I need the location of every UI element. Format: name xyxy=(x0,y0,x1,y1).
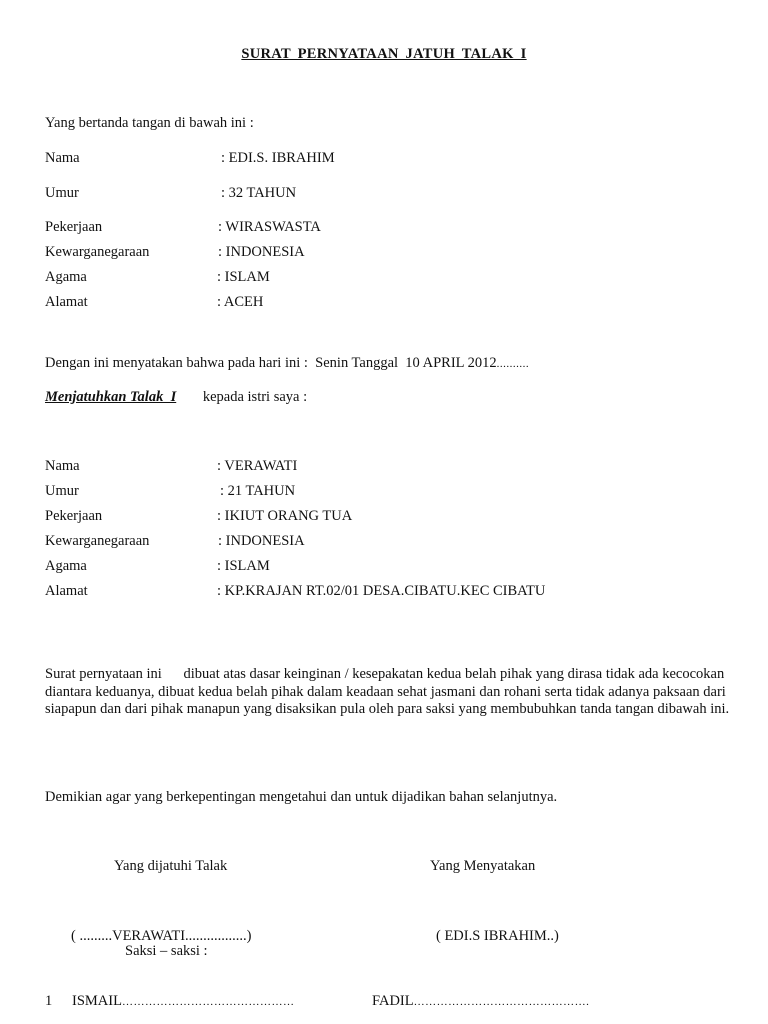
wife-religion-value: : ISLAM xyxy=(217,559,270,574)
signature-left-value: VERAWATI xyxy=(112,928,185,944)
declarant-religion-label: Agama xyxy=(45,270,87,285)
wife-age-value: : 21 TAHUN xyxy=(220,484,295,499)
witness-second-name: FADIL xyxy=(372,993,414,1009)
witness-first: ISMAIL……………………………………… xyxy=(72,994,294,1009)
witness-number: 1 xyxy=(45,994,52,1009)
signature-left-open: ( ......... xyxy=(71,928,112,944)
declarant-citizenship-label: Kewarganegaraan xyxy=(45,245,149,260)
signature-left-close: .................) xyxy=(185,928,251,944)
witness-second-dots: ………………………………………. xyxy=(414,996,590,1008)
talak-rest: kepada istri saya : xyxy=(203,389,307,405)
wife-age-label: Umur xyxy=(45,484,79,499)
signature-right-name: ( EDI.S IBRAHIM..) xyxy=(436,929,559,944)
declarant-job-label: Pekerjaan xyxy=(45,220,102,235)
declarant-address-label: Alamat xyxy=(45,295,88,310)
witness-second: FADIL………………………………………. xyxy=(372,994,589,1009)
declarant-address-value: : ACEH xyxy=(217,295,263,310)
witness-first-dots: ……………………………………… xyxy=(122,996,295,1008)
talak-emphasis: Menjatuhkan Talak I xyxy=(45,389,176,405)
statement-dots: .......... xyxy=(497,358,530,370)
declarant-name-label: Nama xyxy=(45,151,80,166)
wife-job-label: Pekerjaan xyxy=(45,509,102,524)
intro-text: Yang bertanda tangan di bawah ini : xyxy=(45,116,254,131)
wife-address-value: : KP.KRAJAN RT.02/01 DESA.CIBATU.KEC CIB… xyxy=(217,584,545,599)
declarant-job-value: : WIRASWASTA xyxy=(218,220,321,235)
wife-citizenship-label: Kewarganegaraan xyxy=(45,534,149,549)
signature-left-name: ( .........VERAWATI.................) xyxy=(71,929,252,944)
wife-religion-label: Agama xyxy=(45,559,87,574)
closing-text: Demikian agar yang berkepentingan menget… xyxy=(45,790,557,805)
witnesses-heading: Saksi – saksi : xyxy=(125,944,208,959)
wife-citizenship-value: : INDONESIA xyxy=(218,534,305,549)
statement-line: Dengan ini menyatakan bahwa pada hari in… xyxy=(45,356,529,371)
statement-text: Dengan ini menyatakan bahwa pada hari in… xyxy=(45,355,497,371)
wife-name-value: : VERAWATI xyxy=(217,459,297,474)
statement-paragraph: Surat pernyataan ini dibuat atas dasar k… xyxy=(45,666,735,719)
signature-right-heading: Yang Menyatakan xyxy=(430,859,535,874)
signature-left-heading: Yang dijatuhi Talak xyxy=(114,859,227,874)
wife-address-label: Alamat xyxy=(45,584,88,599)
talak-line: Menjatuhkan Talak I kepada istri saya : xyxy=(45,390,307,405)
declarant-age-value: : 32 TAHUN xyxy=(221,186,296,201)
declarant-religion-value: : ISLAM xyxy=(217,270,270,285)
witness-first-name: ISMAIL xyxy=(72,993,122,1009)
wife-job-value: : IKIUT ORANG TUA xyxy=(217,509,352,524)
wife-name-label: Nama xyxy=(45,459,80,474)
document-title: SURAT PERNYATAAN JATUH TALAK I xyxy=(0,47,768,62)
declarant-name-value: : EDI.S. IBRAHIM xyxy=(221,151,335,166)
declarant-citizenship-value: : INDONESIA xyxy=(218,245,305,260)
declarant-age-label: Umur xyxy=(45,186,79,201)
